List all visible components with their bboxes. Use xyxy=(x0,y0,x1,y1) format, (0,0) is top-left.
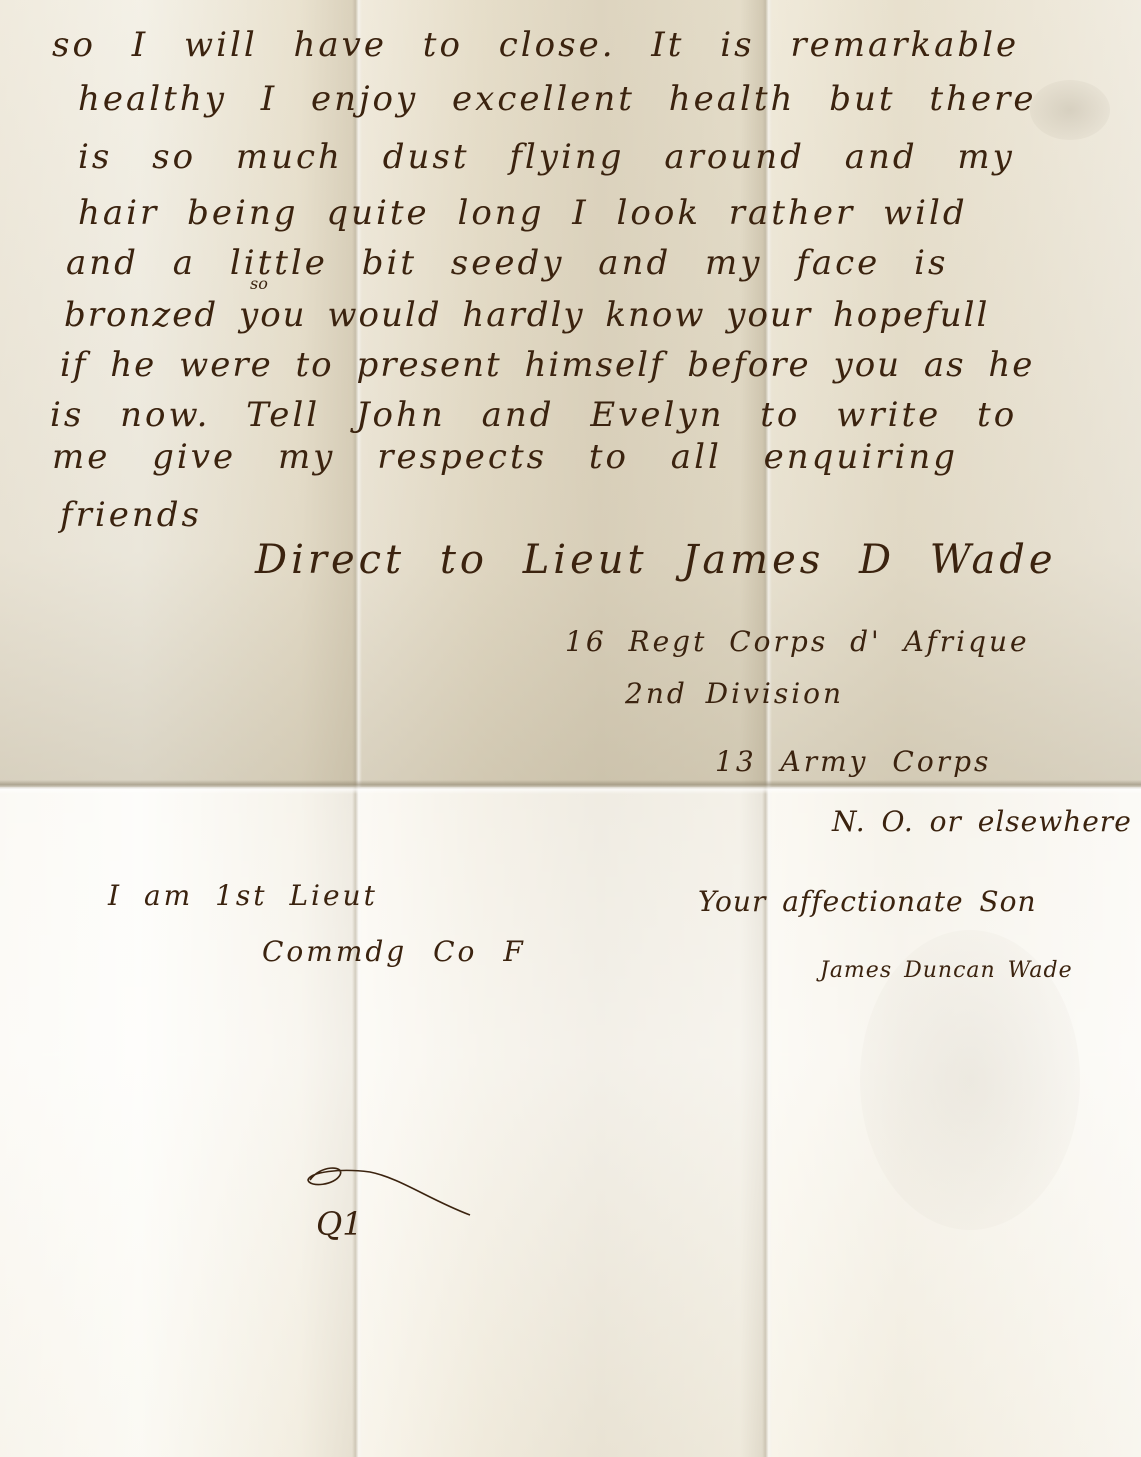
insertion-above: so xyxy=(250,276,268,292)
horizontal-fold xyxy=(0,780,1141,794)
rank-note-line-2: Commdg Co F xyxy=(262,938,526,966)
mark-label: Q1 xyxy=(316,1208,363,1240)
paper-stain xyxy=(1030,80,1110,140)
body-line-8: is now. Tell John and Evelyn to write to xyxy=(50,398,1017,432)
address-line-4: 13 Army Corps xyxy=(715,748,991,776)
body-line-9: me give my respects to all enquiring xyxy=(52,440,958,474)
body-line-5: and a little bit seedy and my face is xyxy=(66,246,948,280)
address-line-2: 16 Regt Corps d' Afrique xyxy=(565,628,1030,656)
closing-line: Your affectionate Son xyxy=(698,888,1036,916)
body-line-1: so I will have to close. It is remarkabl… xyxy=(52,28,1019,62)
signature: James Duncan Wade xyxy=(820,960,1073,982)
body-line-4: hair being quite long I look rather wild xyxy=(78,196,968,230)
address-line-5: N. O. or elsewhere xyxy=(832,808,1132,836)
rank-note-line-1: I am 1st Lieut xyxy=(108,882,378,910)
body-line-6: bronzed you would hardly know your hopef… xyxy=(64,298,989,332)
body-line-2: healthy I enjoy excellent health but the… xyxy=(78,82,1036,116)
body-line-7: if he were to present himself before you… xyxy=(60,348,1034,382)
body-line-3: is so much dust flying around and my xyxy=(78,140,1015,174)
address-line-3: 2nd Division xyxy=(625,680,844,708)
address-line-1: Direct to Lieut James D Wade xyxy=(255,540,1057,580)
body-line-10: friends xyxy=(60,498,202,532)
letter-page: so I will have to close. It is remarkabl… xyxy=(0,0,1141,1457)
